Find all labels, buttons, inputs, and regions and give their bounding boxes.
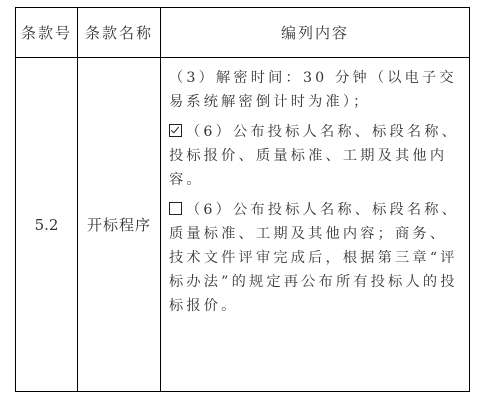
clause-table: 条款号 条款名称 编列内容 5.2 开标程序 （3）解密时间：30 分钟（以电子… <box>15 7 470 392</box>
checkbox-checked-icon <box>169 124 182 137</box>
table-row: 5.2 开标程序 （3）解密时间：30 分钟（以电子交易系统解密倒计时为准）； … <box>16 58 470 392</box>
header-clause-name: 条款名称 <box>78 8 161 58</box>
option-text: （6）公布投标人名称、标段名称、投标报价、质量标准、工期及其他内容。 <box>169 124 459 188</box>
option-publish-with-price: （6）公布投标人名称、标段名称、投标报价、质量标准、工期及其他内容。 <box>169 120 463 192</box>
option-text: （6）公布投标人名称、标段名称、质量标准、工期及其他内容；商务、技术文件评审完成… <box>169 202 459 314</box>
option-publish-price-later: （6）公布投标人名称、标段名称、质量标准、工期及其他内容；商务、技术文件评审完成… <box>169 198 463 318</box>
checkbox-unchecked-icon <box>169 202 182 215</box>
paragraph-text: （3）解密时间：30 分钟（以电子交易系统解密倒计时为准）； <box>169 70 457 110</box>
header-clause-number: 条款号 <box>16 8 78 58</box>
header-content: 编列内容 <box>161 8 470 58</box>
clause-number: 5.2 <box>16 58 78 392</box>
clause-content: （3）解密时间：30 分钟（以电子交易系统解密倒计时为准）； （6）公布投标人名… <box>161 58 470 392</box>
clause-name: 开标程序 <box>78 58 161 392</box>
decrypt-time-paragraph: （3）解密时间：30 分钟（以电子交易系统解密倒计时为准）； <box>169 66 463 114</box>
header-row: 条款号 条款名称 编列内容 <box>16 8 470 58</box>
